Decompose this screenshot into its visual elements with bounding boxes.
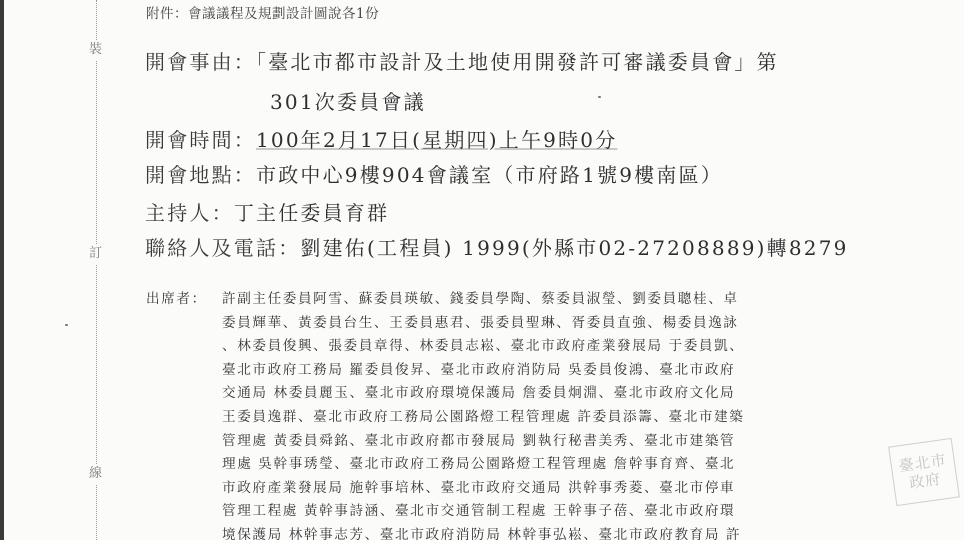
attendee-line: 委員輝華、黃委員台生、王委員惠君、張委員聖琳、胥委員直強、楊委員逸詠 (222, 312, 739, 336)
attendee-line: 臺北市政府工務局 羅委員俊昇、臺北市政府消防局 吳委員俊鴻、臺北市政府 (222, 359, 735, 383)
time-value: 100年2月17日(星期四)上午9時0分 (256, 128, 617, 152)
binding-char-zhuang: 裝 (89, 40, 102, 60)
meeting-contact: 聯絡人及電話：劉建佑(工程員) 1999(外縣市02-27208889)轉827… (145, 232, 849, 261)
meeting-time: 開會時間：100年2月17日(星期四)上午9時0分 (145, 124, 617, 153)
attendee-line: 理處 吳幹事琇瑩、臺北市政府工務局公園路燈工程管理處 詹幹事育齊、臺北 (222, 453, 735, 477)
attendees-label: 出席者： (146, 288, 207, 312)
meeting-chair: 主持人：丁主任委員育群 (145, 197, 389, 226)
contact-value: 劉建佑(工程員) 1999(外縣市02-27208889)轉8279 (300, 236, 848, 260)
time-label: 開會時間： (145, 128, 256, 152)
scan-speck (65, 324, 68, 326)
scan-speck (598, 96, 601, 98)
subject-value-line1: 「臺北市都市設計及土地使用開發許可審議委員會」第 (256, 50, 779, 74)
scan-edge-bar (0, 0, 4, 540)
attendee-line: 、林委員俊興、張委員章得、林委員志崧、臺北市政府產業發展局 于委員凱、 (222, 335, 745, 359)
attachment-note: 附件：會議議程及規劃設計圖說各1份 (146, 2, 379, 22)
official-seal-stamp: 臺北市政府 (888, 438, 960, 506)
place-value: 市政中心9樓904會議室（市府路1號9樓南區） (256, 163, 723, 187)
chair-value: 丁主任委員育群 (234, 201, 389, 225)
attendee-line: 市政府產業發展局 施幹事培林、臺北市政府交通局 洪幹事秀菱、臺北市停車 (222, 477, 735, 501)
binding-dotted-line (96, 0, 97, 540)
attendee-line: 境保護局 林幹事志芳、臺北市政府消防局 林幹事弘崧、臺北市政府教育局 許 (222, 524, 741, 540)
subject-label: 開會事由： (145, 50, 256, 74)
meeting-subject-cont: 301次委員會議 (270, 86, 426, 115)
binding-char-xian: 線 (89, 464, 102, 484)
attendee-line: 許副主任委員阿雪、蘇委員瑛敏、錢委員學陶、蔡委員淑瑩、劉委員聰桂、卓 (222, 288, 739, 312)
place-label: 開會地點： (145, 163, 256, 187)
attendee-line: 管理工程處 黃幹事詩涵、臺北市交通管制工程處 王幹事子蓓、臺北市政府環 (222, 500, 735, 524)
attendee-line: 王委員逸群、臺北市政府工務局公園路燈工程管理處 許委員添籌、臺北市建築 (222, 406, 745, 430)
contact-label: 聯絡人及電話： (145, 236, 300, 260)
binding-char-ding: 訂 (89, 244, 102, 264)
attendee-line: 交通局 林委員麗玉、臺北市政府環境保護局 詹委員炯淵、臺北市政府文化局 (222, 382, 735, 406)
meeting-subject: 開會事由：「臺北市都市設計及土地使用開發許可審議委員會」第 (145, 46, 779, 75)
chair-label: 主持人： (145, 201, 234, 225)
meeting-place: 開會地點：市政中心9樓904會議室（市府路1號9樓南區） (145, 159, 723, 188)
attendee-line: 管理處 黃委員舜銘、臺北市政府都市發展局 劉執行秘書美秀、臺北市建築管 (222, 430, 735, 454)
